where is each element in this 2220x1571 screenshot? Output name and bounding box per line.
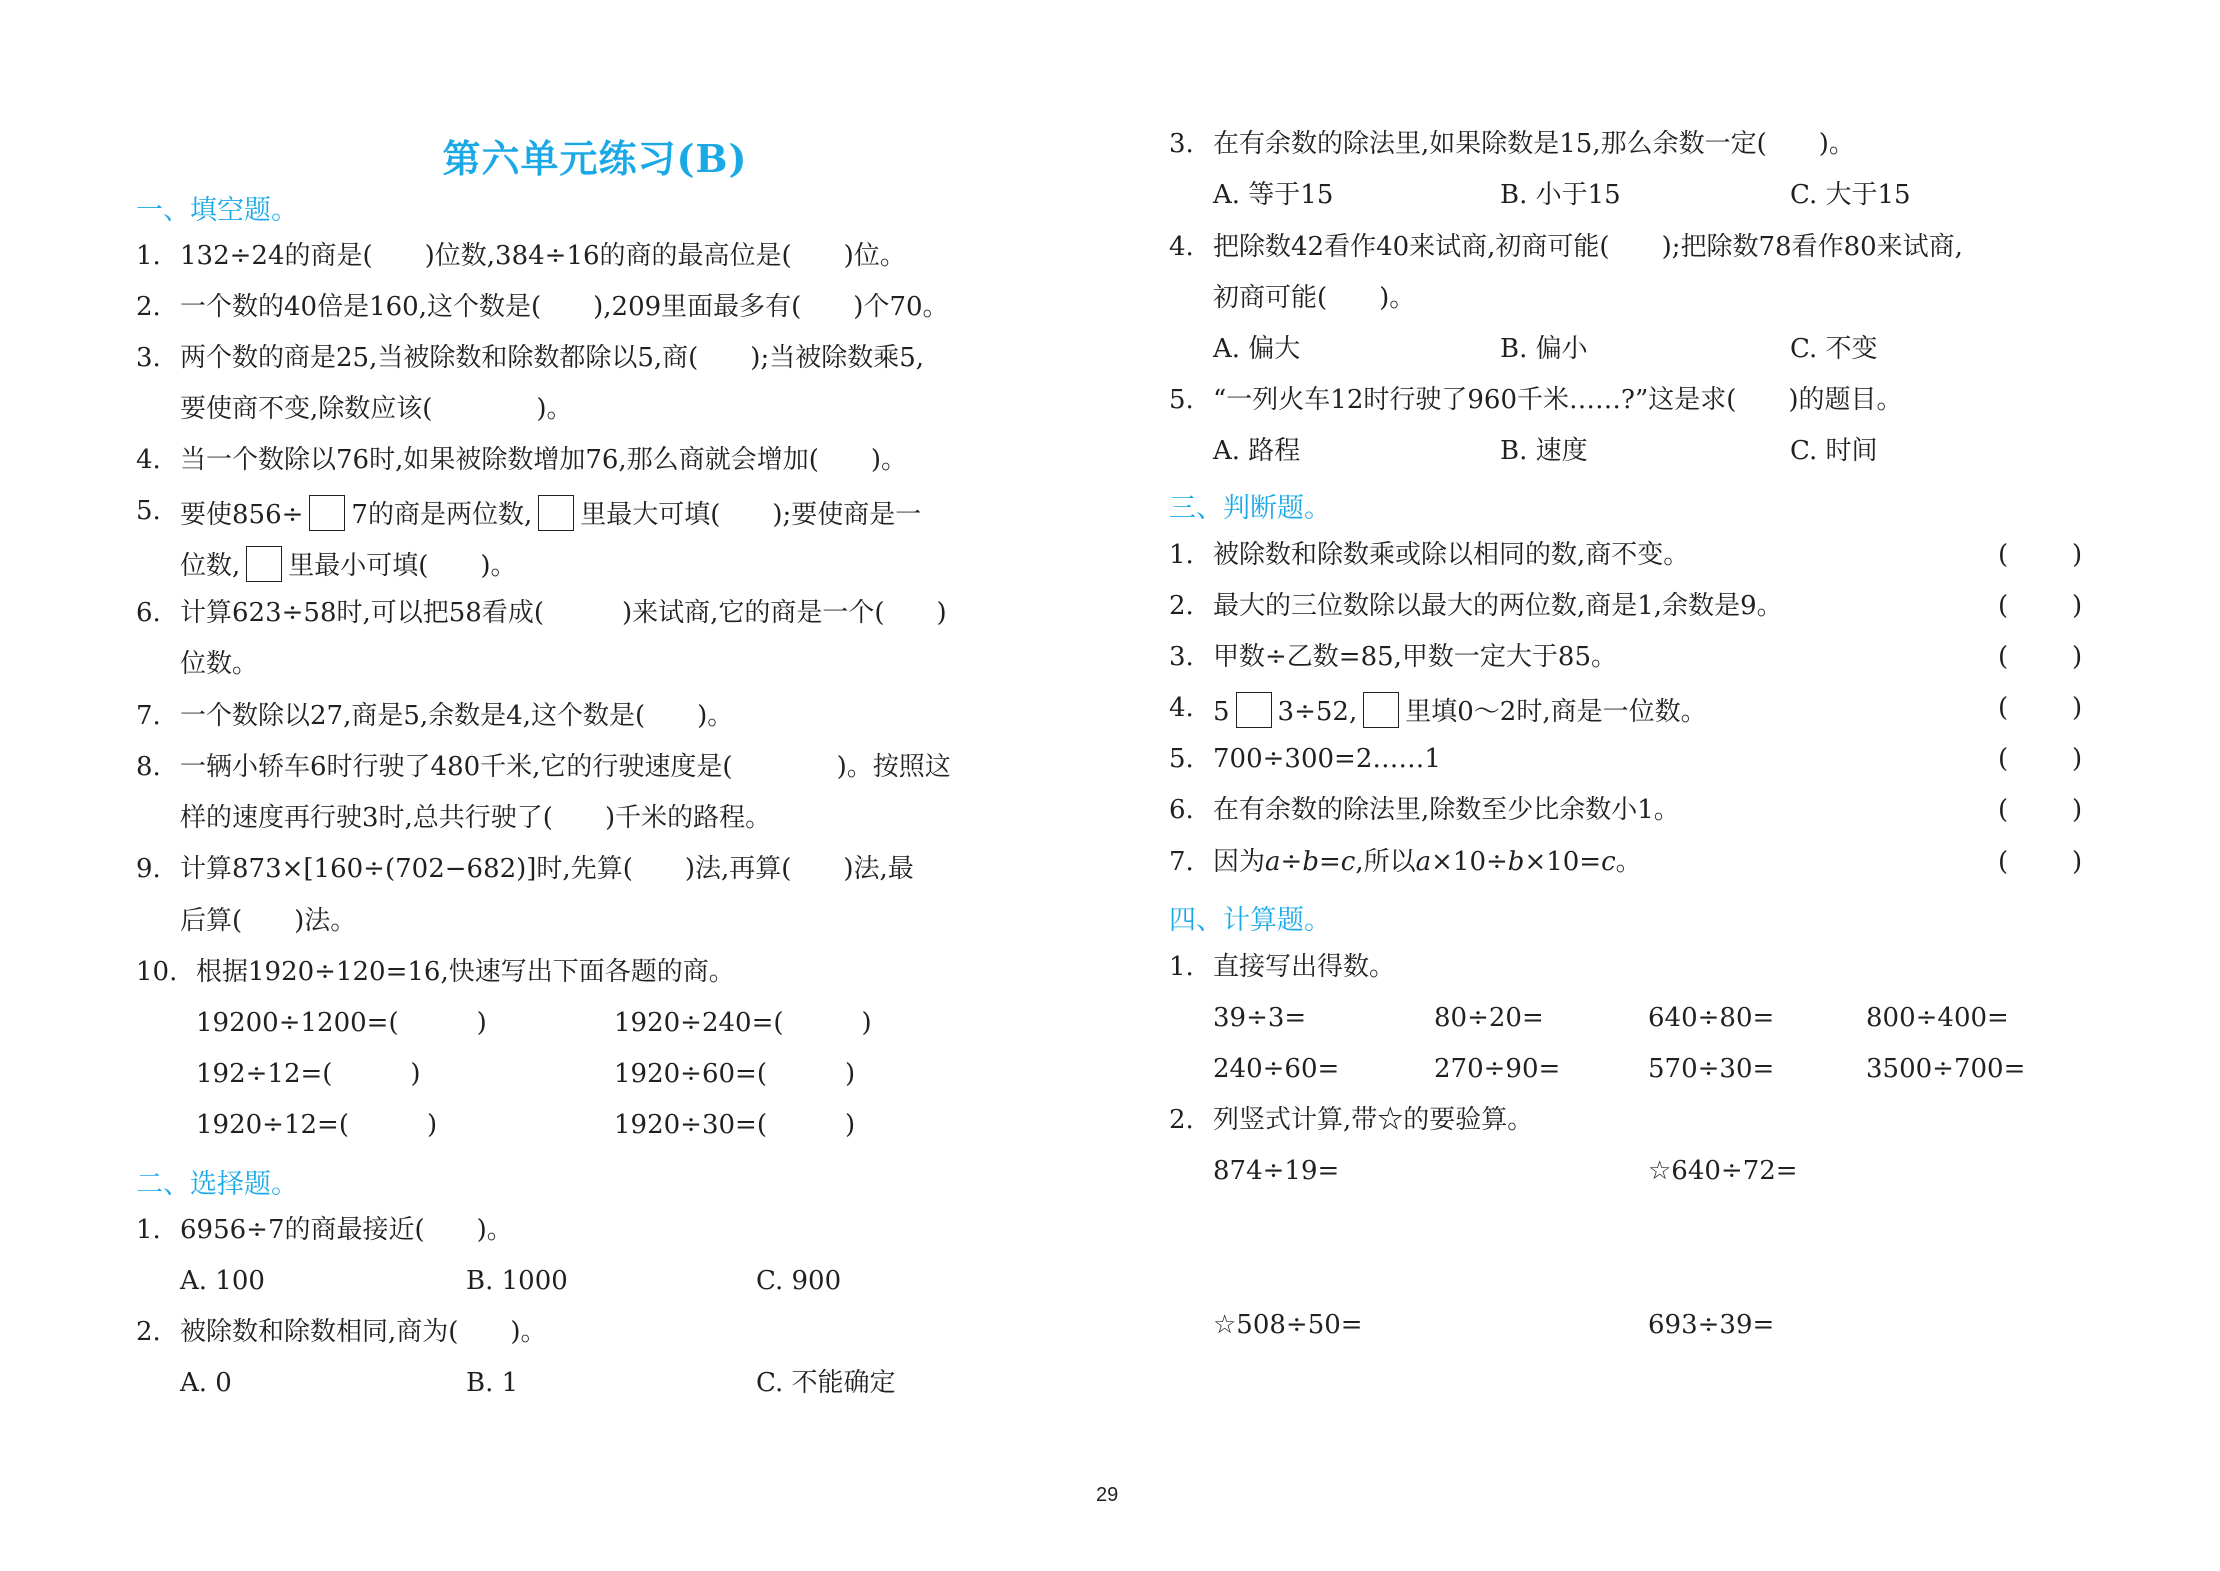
option-c[interactable]: C. 大于15 (1790, 179, 1911, 211)
oral-calc-item: 3500÷700= (1866, 1053, 2025, 1085)
question-number: 1. (136, 240, 161, 272)
statement-text: 因为a÷b=c,所以a×10÷b×10=c。 (1213, 846, 1642, 878)
oral-calc-item: 240÷60= (1213, 1053, 1339, 1085)
question-text-cont: 要使商不变,除数应该( )。 (180, 393, 573, 425)
statement-part: ÷ (1281, 847, 1303, 877)
question-text: 当一个数除以76时,如果被除数增加76,那么商就会增加( )。 (180, 444, 907, 476)
question-text: 一个数的40倍是160,这个数是( ),209里面最多有( )个70。 (180, 291, 949, 323)
section-heading-true-false: 三、判断题。 (1169, 486, 1331, 525)
question-text: 直接写出得数。 (1213, 951, 1395, 983)
variable-b: b (1302, 847, 1319, 877)
answer-paren-close[interactable]: ) (2072, 590, 2082, 622)
question-text: 132÷24的商是( )位数,384÷16的商的最高位是( )位。 (180, 240, 906, 272)
answer-paren-open[interactable]: ( (1998, 846, 2008, 878)
option-a[interactable]: A. 100 (180, 1265, 265, 1297)
question-number: 1. (1169, 951, 1194, 983)
statement-part: = (1319, 847, 1341, 877)
variable-b: b (1508, 847, 1525, 877)
oral-calc-item: 80÷20= (1434, 1002, 1544, 1034)
option-a[interactable]: A. 0 (180, 1367, 232, 1399)
answer-box[interactable] (246, 546, 282, 582)
statement-part: 因为 (1213, 847, 1265, 877)
vertical-calc-item: 874÷19= (1213, 1155, 1339, 1187)
answer-paren-open[interactable]: ( (1998, 692, 2008, 724)
answer-box[interactable] (309, 495, 345, 531)
answer-paren-open[interactable]: ( (1998, 743, 2008, 775)
question-text: 计算873×[160÷(702−682)]时,先算( )法,再算( )法,最 (180, 853, 914, 885)
answer-paren-open[interactable]: ( (1998, 539, 2008, 571)
question-text: 在有余数的除法里,如果除数是15,那么余数一定( )。 (1213, 128, 1855, 160)
question-number: 7. (1169, 846, 1194, 878)
statement-part: 3÷52, (1278, 697, 1358, 727)
question-number: 4. (1169, 692, 1194, 724)
question-number: 7. (136, 700, 161, 732)
question-number: 8. (136, 751, 161, 783)
oral-calc-item: 800÷400= (1866, 1002, 2009, 1034)
answer-box[interactable] (1363, 692, 1399, 728)
vertical-calc-item: ☆640÷72= (1648, 1155, 1798, 1187)
question-text: 一辆小轿车6时行驶了480千米,它的行驶速度是( )。按照这 (180, 751, 951, 783)
question-text: 一个数除以27,商是5,余数是4,这个数是( )。 (180, 700, 733, 732)
sub-question: 192÷12=( ) (196, 1058, 421, 1090)
statement-part: ,所以 (1355, 847, 1415, 877)
sub-question: 1920÷60=( ) (614, 1058, 855, 1090)
variable-a: a (1416, 847, 1432, 877)
question-text-cont: 样的速度再行驶3时,总共行驶了( )千米的路程。 (180, 802, 771, 834)
answer-paren-close[interactable]: ) (2072, 846, 2082, 878)
option-b[interactable]: B. 速度 (1500, 435, 1588, 467)
section-heading-multiple-choice: 二、选择题。 (136, 1162, 298, 1201)
question-number: 6. (1169, 794, 1194, 826)
option-a[interactable]: A. 路程 (1213, 435, 1300, 467)
question-text: 把除数42看作40来试商,初商可能( );把除数78看作80来试商, (1213, 231, 1963, 263)
answer-paren-open[interactable]: ( (1998, 641, 2008, 673)
vertical-calc-item: ☆508÷50= (1213, 1309, 1363, 1341)
answer-paren-close[interactable]: ) (2072, 641, 2082, 673)
statement-part: ×10÷ (1431, 847, 1508, 877)
option-b[interactable]: B. 偏小 (1500, 333, 1588, 365)
option-a[interactable]: A. 等于15 (1213, 179, 1333, 211)
question-number: 2. (1169, 1104, 1194, 1136)
answer-paren-close[interactable]: ) (2072, 794, 2082, 826)
statement-text: 被除数和除数乘或除以相同的数,商不变。 (1213, 539, 1689, 571)
question-number: 2. (136, 1316, 161, 1348)
question-number: 2. (136, 291, 161, 323)
question-number: 1. (1169, 539, 1194, 571)
question-number: 5. (136, 495, 161, 527)
statement-part: 。 (1616, 847, 1642, 877)
option-b[interactable]: B. 1000 (466, 1265, 568, 1297)
statement-text: 53÷52,里填0～2时,商是一位数。 (1213, 692, 1707, 724)
question-text-cont: 位数。 (180, 648, 258, 680)
vertical-calc-item: 693÷39= (1648, 1309, 1774, 1341)
section-heading-calculation: 四、计算题。 (1169, 898, 1331, 937)
answer-paren-close[interactable]: ) (2072, 692, 2082, 724)
statement-text: 700÷300=2……1 (1213, 743, 1441, 775)
oral-calc-item: 270÷90= (1434, 1053, 1560, 1085)
question-text: 要使856÷7的商是两位数,里最大可填( );要使商是一 (180, 495, 921, 527)
statement-text: 最大的三位数除以最大的两位数,商是1,余数是9。 (1213, 590, 1783, 622)
page-number: 29 (1096, 1484, 1118, 1507)
question-text-part: 要使856÷ (180, 500, 303, 530)
question-number: 5. (1169, 384, 1194, 416)
answer-box[interactable] (1236, 692, 1272, 728)
question-number: 3. (1169, 128, 1194, 160)
question-number: 3. (136, 342, 161, 374)
question-number: 3. (1169, 641, 1194, 673)
oral-calc-item: 640÷80= (1648, 1002, 1774, 1034)
question-number: 4. (136, 444, 161, 476)
option-a[interactable]: A. 偏大 (1213, 333, 1300, 365)
variable-c: c (1341, 847, 1356, 877)
question-text-part: 7的商是两位数, (351, 500, 532, 530)
option-c[interactable]: C. 不变 (1790, 333, 1878, 365)
question-text: 两个数的商是25,当被除数和除数都除以5,商( );当被除数乘5, (180, 342, 924, 374)
statement-part: ×10= (1524, 847, 1601, 877)
question-number: 2. (1169, 590, 1194, 622)
question-number: 10. (136, 956, 177, 988)
oral-calc-item: 570÷30= (1648, 1053, 1774, 1085)
option-b[interactable]: B. 小于15 (1500, 179, 1621, 211)
statement-text: 甲数÷乙数=85,甲数一定大于85。 (1213, 641, 1617, 673)
question-text-part: 里最小可填( )。 (288, 551, 516, 581)
question-text-cont: 初商可能( )。 (1213, 282, 1415, 314)
option-b[interactable]: B. 1 (466, 1367, 518, 1399)
question-text-part: 位数, (180, 551, 240, 581)
answer-paren-close[interactable]: ) (2072, 539, 2082, 571)
sub-question: 1920÷30=( ) (614, 1109, 855, 1141)
statement-text: 在有余数的除法里,除数至少比余数小1。 (1213, 794, 1680, 826)
question-text: 被除数和除数相同,商为( )。 (180, 1316, 547, 1348)
question-text: 根据1920÷120=16,快速写出下面各题的商。 (196, 956, 735, 988)
option-c[interactable]: C. 不能确定 (756, 1367, 896, 1399)
answer-paren-open[interactable]: ( (1998, 794, 2008, 826)
question-text: “一列火车12时行驶了960千米……?”这是求( )的题目。 (1213, 384, 1903, 416)
question-text: 计算623÷58时,可以把58看成( )来试商,它的商是一个( ) (180, 597, 947, 629)
variable-c: c (1601, 847, 1616, 877)
question-number: 9. (136, 853, 161, 885)
statement-part: 里填0～2时,商是一位数。 (1405, 697, 1706, 727)
question-text: 6956÷7的商最接近( )。 (180, 1214, 513, 1246)
option-c[interactable]: C. 时间 (1790, 435, 1878, 467)
question-text-cont: 位数,里最小可填( )。 (180, 546, 517, 578)
option-c[interactable]: C. 900 (756, 1265, 841, 1297)
question-number: 4. (1169, 231, 1194, 263)
oral-calc-item: 39÷3= (1213, 1002, 1306, 1034)
answer-paren-close[interactable]: ) (2072, 743, 2082, 775)
question-text: 列竖式计算,带☆的要验算。 (1213, 1104, 1533, 1136)
question-text-cont: 后算( )法。 (180, 905, 356, 937)
page-title: 第六单元练习(B) (0, 128, 1190, 183)
answer-paren-open[interactable]: ( (1998, 590, 2008, 622)
question-number: 6. (136, 597, 161, 629)
question-text-part: 里最大可填( );要使商是一 (580, 500, 921, 530)
sub-question: 1920÷12=( ) (196, 1109, 437, 1141)
answer-box[interactable] (538, 495, 574, 531)
variable-a: a (1265, 847, 1281, 877)
question-number: 1. (136, 1214, 161, 1246)
question-number: 5. (1169, 743, 1194, 775)
sub-question: 19200÷1200=( ) (196, 1007, 487, 1039)
statement-part: 5 (1213, 697, 1230, 727)
section-heading-fill-blank: 一、填空题。 (136, 188, 298, 227)
sub-question: 1920÷240=( ) (614, 1007, 872, 1039)
